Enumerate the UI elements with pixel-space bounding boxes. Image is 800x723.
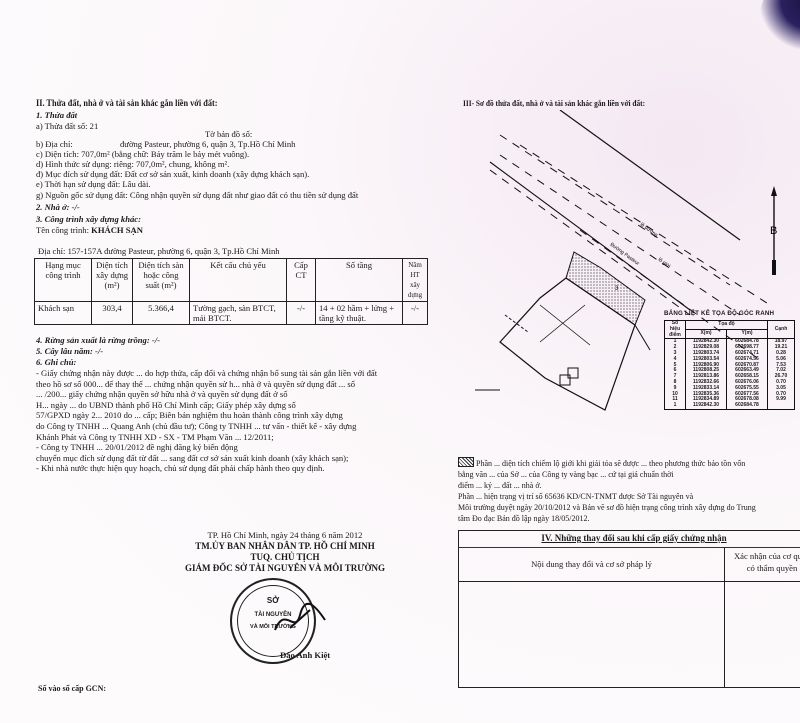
notes-heading: 6. Ghi chú: [36,357,76,368]
signer-name: Đào Anh Kiệt [280,650,330,661]
note-line: do Công ty TNHH ... Quang Anh (chủ đầu t… [36,421,377,432]
notes-body: - Giấy chứng nhận này được ... do hợp th… [36,368,377,474]
usage-term: e) Thời hạn sử dụng đất: Lâu dài. [36,179,151,190]
header-cell: Số tầng [316,259,403,302]
diagram-note-line: tâm Đo đạc Bản đồ lập ngày 18/05/2012. [458,513,756,524]
perennial-line: 5. Cây lâu năm: -/- [36,346,103,357]
changes-table: IV. Những thay đổi sau khi cấp giấy chứn… [458,530,800,688]
cell: 14 + 02 hầm + lửng + tầng kỹ thuật. [316,302,403,325]
header-cell: Số hiệu điểm [665,321,686,339]
cell [768,403,795,409]
section-4-title: IV. Những thay đổi sau khi cấp giấy chứn… [459,533,800,543]
note-line: theo hồ sơ số 000... để thay thế ... chứ… [36,379,377,390]
note-line: chuyển mục đích sử dụng đất từ đất ... s… [36,453,377,464]
signature-tuq: TUQ. CHỦ TỊCH [150,552,420,563]
note-line: - Khi nhà nước thực hiện quy hoạch, chủ … [36,463,377,474]
cell: Khách sạn [35,302,92,325]
header-cell: Kết cấu chủ yếu [190,259,287,302]
scan-shadow [760,0,800,50]
cell: 303,4 [92,302,133,325]
changes-content-header: Nội dung thay đổi và cơ sở pháp lý [459,559,724,569]
construction-table: Hạng mục công trình Diện tích xây dựng (… [34,258,428,325]
column-divider [724,547,725,687]
note-line: 57/GPXD ngày 2... 2010 do ... cấp; Biên … [36,410,377,421]
header-cell: Cấp CT [287,259,316,302]
note-line: - Giấy chứng nhận này được ... do hợp th… [36,368,377,379]
cell: Tường gạch, sàn BTCT, mái BTCT. [190,302,287,325]
cell: 1 [665,403,686,409]
section-3-heading: III- Sơ đồ thửa đất, nhà ở và tài sản kh… [463,98,645,109]
note-line: H... ngày ... do UBND thành phố Hồ Chí M… [36,400,377,411]
coordinate-table: Số hiệu điểm Tọa độ Cạnh X(m) Y(m) 11192… [664,320,795,410]
diagram-note-line: bằng văn ... của Sở ... của Công ty vàng… [458,469,756,480]
table-row: 11192842.30602684.78 [665,403,795,409]
header-cell: Cạnh [768,321,795,339]
signature-org: TM.ỦY BAN NHÂN DÂN TP. HỒ CHÍ MINH [150,541,420,552]
table-header-row: Hạng mục công trình Diện tích xây dựng (… [35,259,428,302]
diagram-note-line: điểm ... ký ... đất ... nhà ở. [458,480,756,491]
diagram-note-line: Phần ... hiện trạng vị trí số 65636 KD/C… [458,491,756,502]
divider [459,547,800,548]
hatched-area-icon [458,457,474,467]
construction-name: Tên công trình: KHÁCH SẠN [36,225,143,236]
cell: 5.366,4 [133,302,190,325]
signature-scribble-icon [270,600,330,640]
diagram-note-line: Môi trường duyệt ngày 20/10/2012 và Bản … [458,502,756,513]
signature-block: TP. Hồ Chí Minh, ngày 24 tháng 6 năm 201… [150,530,420,574]
construction-name-label: Tên công trình: [36,225,89,235]
date-line: TP. Hồ Chí Minh, ngày 24 tháng 6 năm 201… [150,530,420,541]
cell: -/- [403,302,428,325]
header-cell: Diện tích xây dựng (m²) [92,259,133,302]
parcel-number: a) Thửa đất số: 21 [36,121,98,132]
table-header-row: Số hiệu điểm Tọa độ Cạnh [665,321,795,330]
cell: 602684.78 [727,403,768,409]
note-line: Khánh Phát và Công ty TNHH XD - SX - TM … [36,432,377,443]
setback-label: lộ giới [657,257,671,270]
forest-line: 4. Rừng sản xuất là rừng trồng: -/- [36,335,160,346]
certificate-page: II. Thửa đất, nhà ở và tài sản khác gắn … [0,0,800,723]
note-line: - Công ty TNHH ... 20/01/2012 đề nghị đă… [36,442,377,453]
other-construction-heading: 3. Công trình xây dựng khác: [36,214,141,225]
house-line: 2. Nhà ở: -/- [36,202,80,213]
table-row: Khách sạn 303,4 5.366,4 Tường gạch, sàn … [35,302,428,325]
signature-title: GIÁM ĐỐC SỞ TÀI NGUYÊN VÀ MÔI TRƯỜNG [150,563,420,574]
registry-number: Số vào sổ cấp GCN: [38,683,106,694]
land-heading: 1. Thửa đất [36,110,77,121]
header-cell: Hạng mục công trình [35,259,92,302]
confirm-header-line: có thẩm quyền [727,562,800,574]
confirm-header-line: Xác nhận của cơ quan [727,550,800,562]
usage-origin: g) Nguồn gốc sử dụng đất: Công nhận quyề… [36,190,358,201]
header-cell: Tọa độ [686,321,768,330]
construction-address: Địa chỉ: 157-157A đường Pasteur, phường … [38,246,280,257]
diagram-note-line: Phần ... diện tích chiếm lộ giới khi giả… [458,457,756,469]
changes-confirm-header: Xác nhận của cơ quan có thẩm quyền [727,550,800,574]
header-cell: Diện tích sàn hoặc công suất (m²) [133,259,190,302]
divider [459,581,800,582]
road-edge-label: lề đường [639,222,659,239]
diagram-notes: Phần ... diện tích chiếm lộ giới khi giả… [458,457,756,524]
section-2-heading: II. Thửa đất, nhà ở và tài sản khác gắn … [36,98,217,109]
construction-name-value: KHÁCH SẠN [91,225,143,235]
note-line: ... /200... giấy chứng nhận quyền sở hữu… [36,389,377,400]
header-cell: Năm HT xây dựng [403,259,428,302]
road-name-label: Đường Pasteur [609,242,641,267]
cell: -/- [287,302,316,325]
north-label: B [770,225,777,237]
coord-table-title: BẢNG LIỆT KÊ TỌA ĐỘ GÓC RANH [664,310,774,317]
cell: 1192842.30 [686,403,727,409]
